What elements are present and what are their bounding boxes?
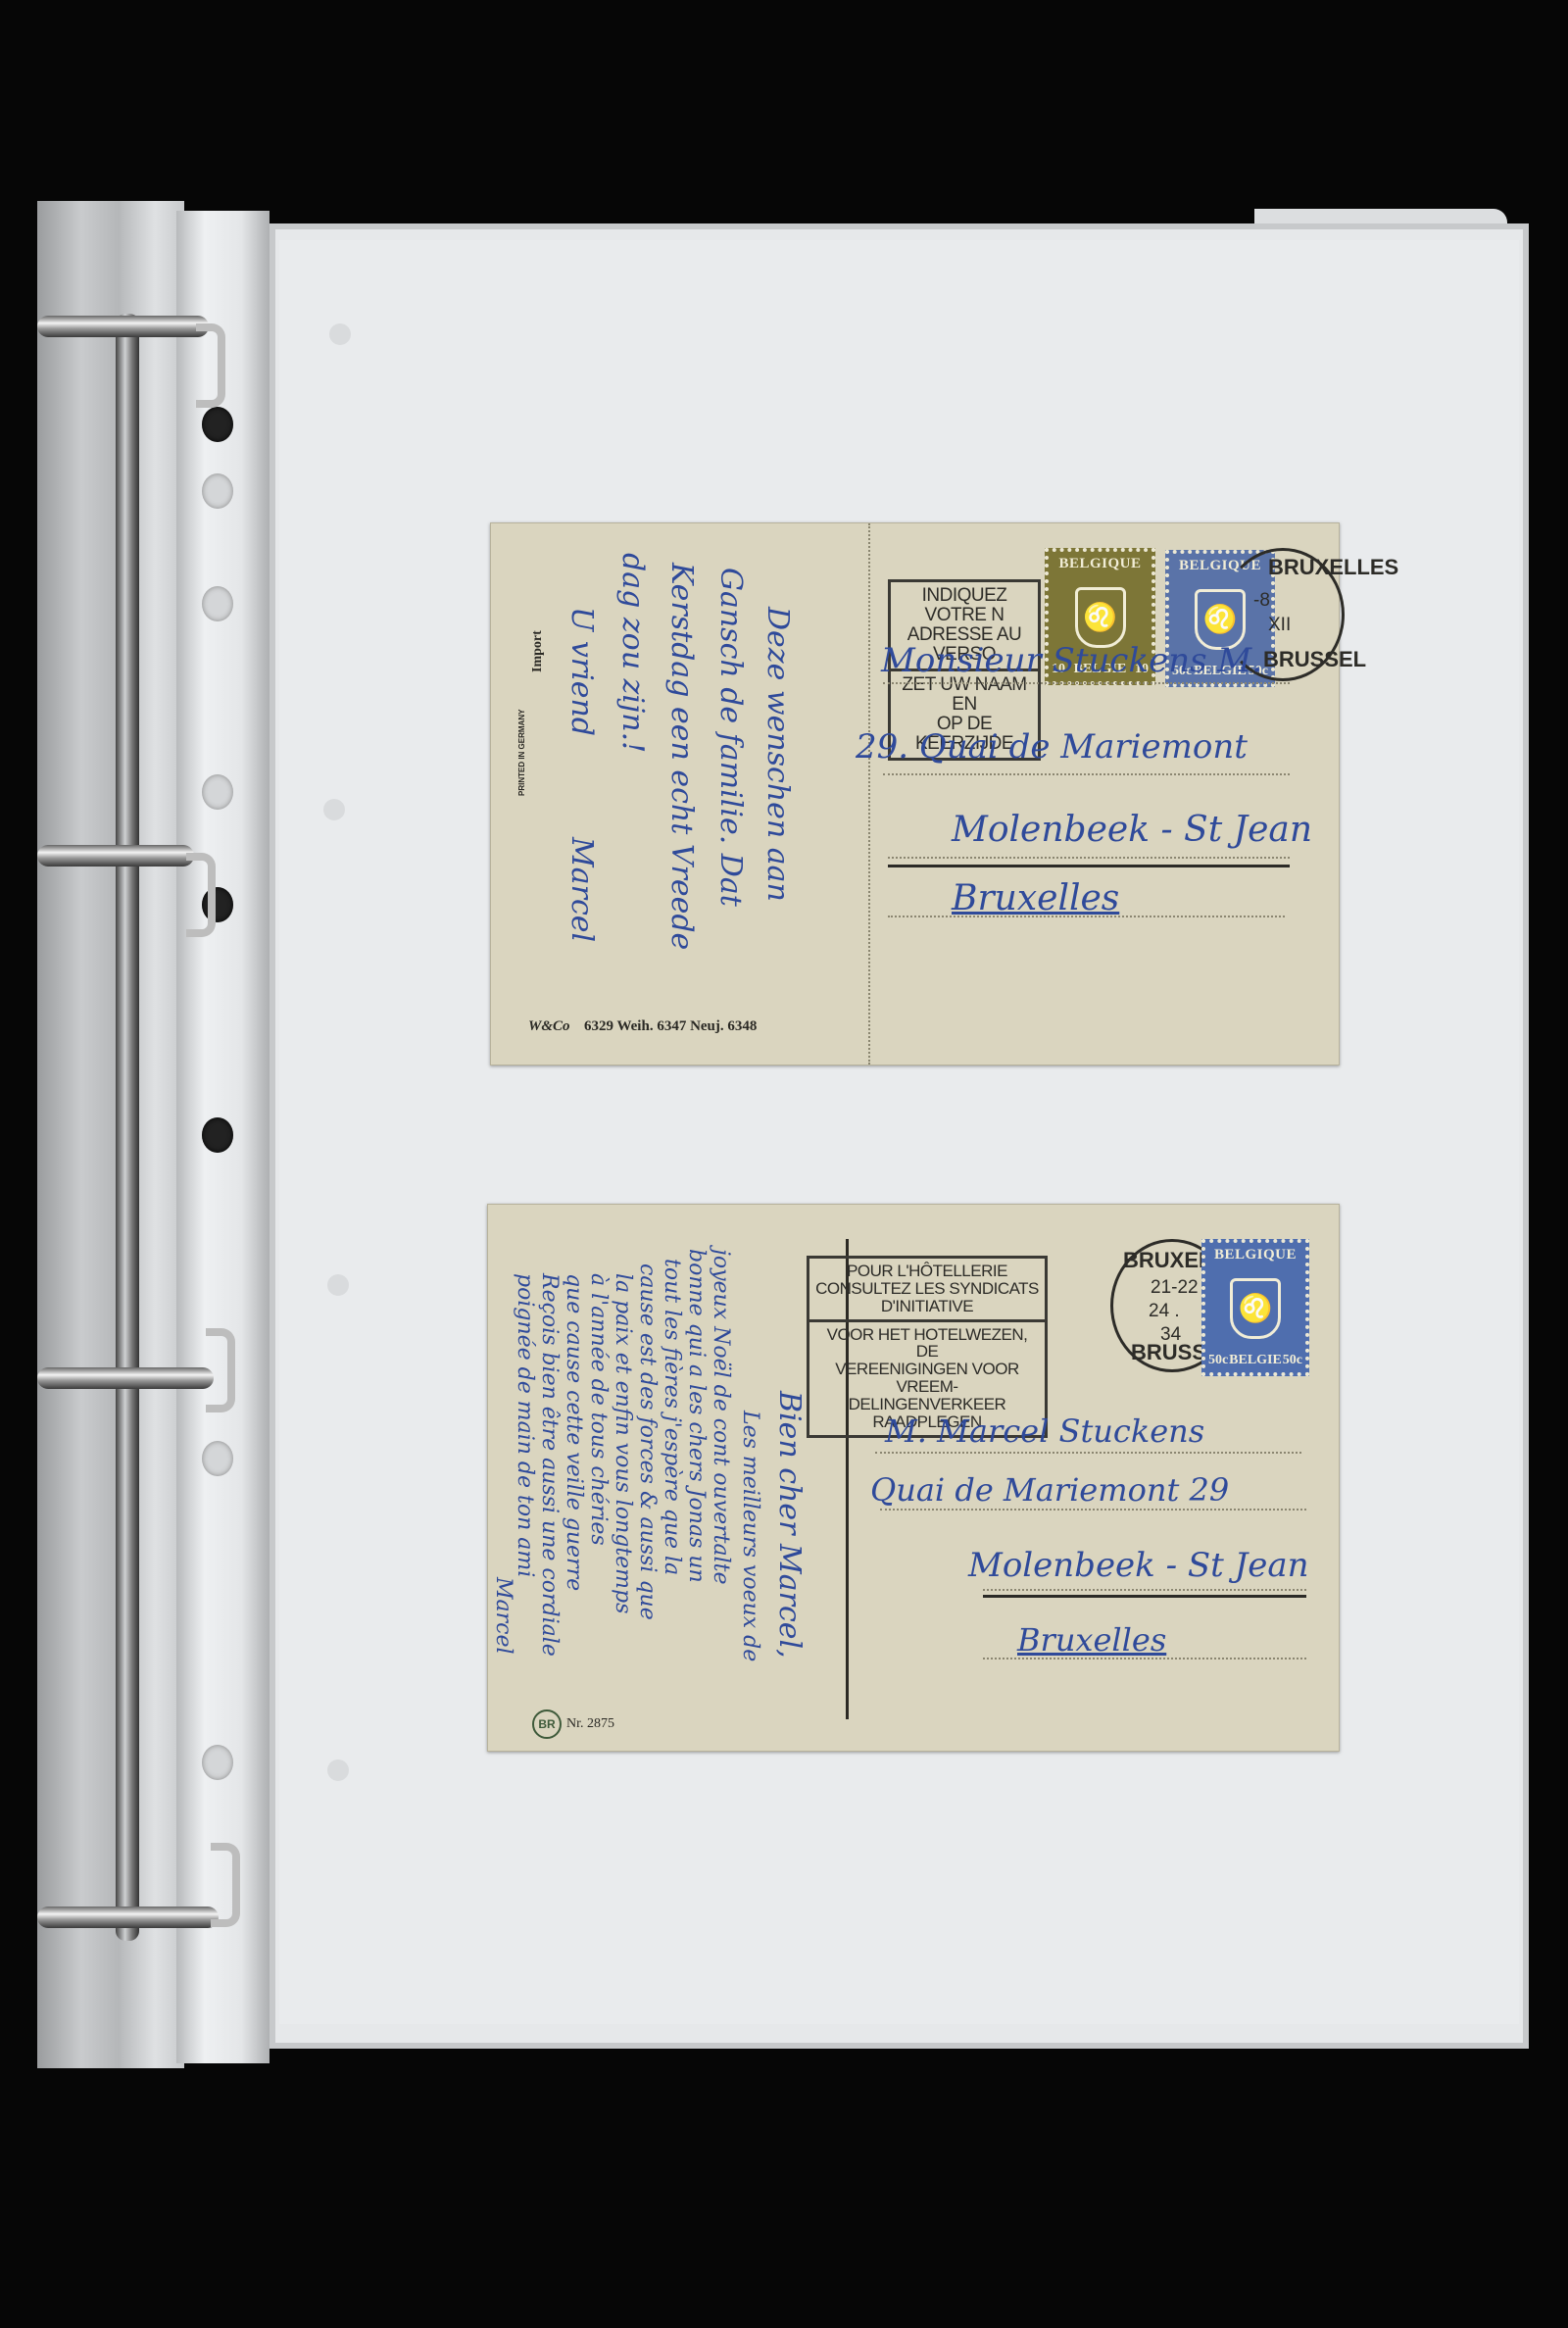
address-line [875, 1452, 1301, 1454]
card-footer-number: Nr. 2875 [566, 1716, 614, 1732]
address-line [888, 857, 1290, 859]
slogan-line: CONSULTEZ LES SYNDICATS [815, 1280, 1039, 1298]
postcard-2[interactable]: Bien cher Marcel, Les meilleurs voeux de… [487, 1204, 1340, 1752]
signature: Marcel [564, 837, 599, 942]
binder-ring-3[interactable] [37, 1367, 214, 1389]
message-line: U vriend [564, 607, 599, 736]
message-line: joyeux Noël de cont ouvertalte [709, 1249, 733, 1585]
printed-in-germany: PRINTED IN GERMANY [517, 710, 526, 796]
message-line: Reçois bien être aussi une cordiale [537, 1273, 562, 1657]
slogan-line: INDIQUEZ VOTRE N [897, 586, 1032, 625]
slogan-line: VOOR HET HOTELWEZEN, DE [815, 1326, 1039, 1362]
postmark-date: 24 . [1149, 1301, 1180, 1322]
address-city: Bruxelles [1017, 1621, 1166, 1659]
stamp-value: 50c [1208, 1353, 1228, 1368]
message-line: que cause cette veille guerre [562, 1273, 586, 1591]
message-line: la paix et enfin vous longtemps [611, 1273, 635, 1613]
address-name: Monsieur Stuckens M. [881, 641, 1262, 680]
page-hole [329, 323, 351, 345]
lion-coat-of-arms-icon: ♌ [1230, 1278, 1281, 1339]
binder-spine [37, 201, 184, 2068]
address-town: Molenbeek - St Jean [968, 1546, 1309, 1585]
message-line: poignée de main de ton ami [513, 1273, 537, 1577]
greeting: Bien cher Marcel, [772, 1391, 807, 1659]
page-hole [327, 1274, 349, 1296]
slogan-line: VEREENIGINGEN VOOR VREEM- [815, 1361, 1039, 1396]
slogan-line: D'INITIATIVE [815, 1298, 1039, 1315]
page-hole [323, 799, 345, 820]
binder-ring-4[interactable] [37, 1907, 219, 1928]
stamp-country: BELGIE [1229, 1353, 1282, 1368]
message-line: Les meilleurs voeux de [738, 1411, 762, 1661]
binder-ring-2-hook [186, 853, 216, 937]
publisher-mark: W&Co [528, 1018, 570, 1035]
binder-ring-1[interactable] [37, 316, 209, 337]
punch-hole [202, 407, 233, 442]
stamp-country: BELGIQUE [1214, 1247, 1297, 1263]
message-line: Deze wenschen aan [760, 607, 795, 902]
publisher-logo-icon: BR [532, 1709, 562, 1739]
punch-hole [202, 1117, 233, 1153]
punch-hole [202, 586, 233, 621]
message-line: Kerstdag een echt Vreede [664, 563, 699, 950]
message-line: à l'année de tous chéries [586, 1273, 611, 1546]
album-page [279, 240, 1519, 2024]
postmark-town: BRUSSEL [1263, 647, 1366, 672]
message-line: dag zou zijn.! [615, 553, 650, 753]
address-line [983, 1589, 1306, 1591]
address-town: Molenbeek - St Jean [952, 810, 1312, 850]
address-line [883, 773, 1290, 775]
card-footer-numbers: 6329 Weih. 6347 Neuj. 6348 [584, 1018, 757, 1035]
binder-rod [116, 314, 139, 1941]
message-line: Gansch de familie. Dat [713, 568, 748, 907]
card-divider [868, 523, 870, 1065]
signature: Marcel [491, 1577, 515, 1655]
address-name: M. Marcel Stuckens [885, 1412, 1204, 1450]
slogan-line: POUR L'HÔTELLERIE [815, 1263, 1039, 1280]
stamp-value: 50c [1283, 1353, 1302, 1368]
stamp-50c-blue[interactable]: BELGIQUE ♌ 50cBELGIE50c [1201, 1239, 1309, 1376]
lion-coat-of-arms-icon: ♌ [1075, 587, 1126, 648]
message-line: tout les fières j'espère que la [660, 1259, 684, 1575]
import-label: Import [530, 630, 546, 672]
postcard-1[interactable]: Import PRINTED IN GERMANY Deze wenschen … [490, 522, 1340, 1065]
address-underline [888, 865, 1290, 867]
postmark-town: BRUXELLES [1268, 555, 1398, 580]
postmark-date: XII [1268, 615, 1291, 636]
punch-hole [202, 473, 233, 509]
page-hole [327, 1759, 349, 1781]
address-underline [983, 1595, 1306, 1598]
binder-ring-2[interactable] [37, 845, 194, 867]
postmark-date: 21-22 [1151, 1277, 1199, 1299]
message-line: bonne qui a les chers Jonas un [684, 1249, 709, 1583]
postmark-date: -8 [1253, 590, 1270, 612]
address-street: 29. Quai de Mariemont [856, 727, 1248, 767]
punch-hole [202, 774, 233, 810]
punch-hole [202, 1441, 233, 1476]
binder-ring-3-hook [206, 1328, 235, 1412]
binder-ring-4-hook [211, 1843, 240, 1927]
address-line [883, 682, 1290, 684]
address-city: Bruxelles [952, 878, 1119, 918]
message-line: cause est des forces & aussi que [635, 1263, 660, 1620]
stamp-country: BELGIQUE [1058, 556, 1141, 572]
address-line [880, 1509, 1306, 1511]
punch-hole [202, 1745, 233, 1780]
slogan-line: ZET UW NAAM EN [897, 675, 1032, 715]
slogan-cancel: POUR L'HÔTELLERIE CONSULTEZ LES SYNDICAT… [807, 1256, 1048, 1438]
address-street: Quai de Mariemont 29 [870, 1471, 1229, 1509]
binder-ring-1-hook [196, 323, 225, 408]
